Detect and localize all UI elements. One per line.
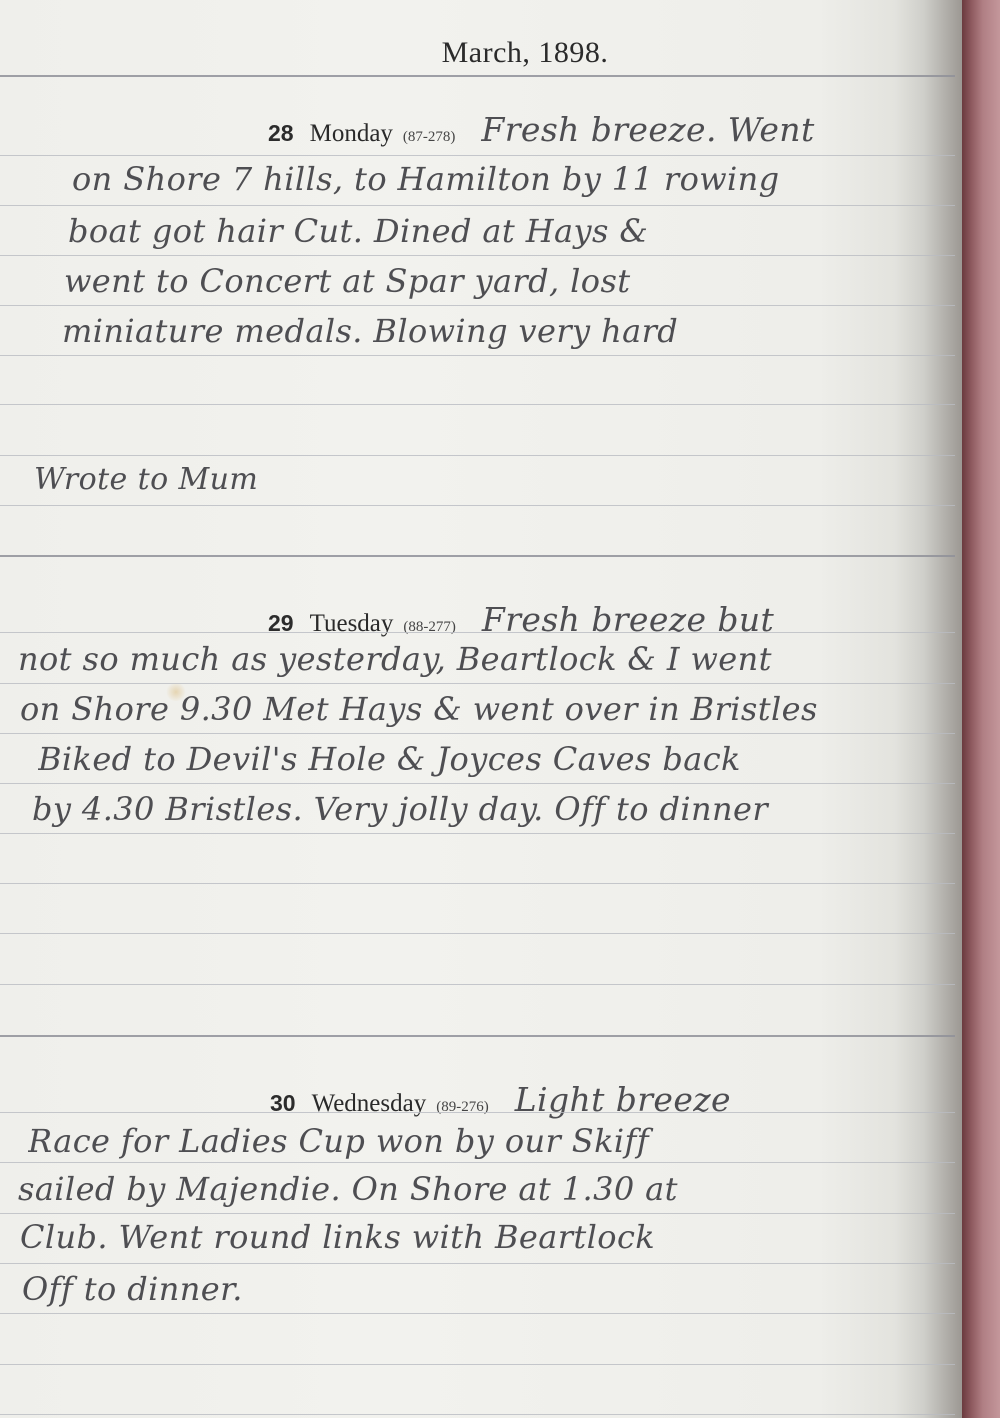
handwritten-line: on Shore 7 hills, to Hamilton by 11 rowi… xyxy=(72,160,992,198)
ruled-line xyxy=(0,632,955,633)
ruled-line xyxy=(0,155,955,156)
handwritten-line: Race for Ladies Cup won by our Skiff xyxy=(28,1122,948,1160)
ruled-line xyxy=(0,355,955,356)
diary-page: March, 1898. 28 Monday (87-278) Fresh br… xyxy=(0,0,962,1418)
ruled-line xyxy=(0,883,955,884)
ruled-line xyxy=(0,505,955,506)
ruled-line xyxy=(0,1263,955,1264)
weekday-label: Monday xyxy=(310,120,393,148)
ruled-line xyxy=(0,305,955,306)
day-of-year-label: (89-276) xyxy=(436,1099,489,1116)
handwritten-line: Fresh breeze but xyxy=(482,600,774,639)
weekday-label: Tuesday xyxy=(310,610,394,638)
handwritten-line: Light breeze xyxy=(515,1080,731,1119)
entry-divider xyxy=(0,555,955,557)
ruled-line xyxy=(0,1414,955,1415)
handwritten-line: Biked to Devil's Hole & Joyces Caves bac… xyxy=(38,740,958,778)
day-heading-tuesday: 29 Tuesday (88-277) Fresh breeze but xyxy=(268,600,774,639)
handwritten-note: Wrote to Mum xyxy=(34,462,954,497)
handwritten-line: Off to dinner. xyxy=(22,1270,942,1308)
ruled-line xyxy=(0,404,955,405)
weekday-label: Wednesday xyxy=(312,1090,427,1118)
day-number: 28 xyxy=(268,120,294,147)
ruled-line xyxy=(0,1162,955,1163)
ruled-line xyxy=(0,1213,955,1214)
handwritten-line: Club. Went round links with Beartlock xyxy=(20,1218,940,1256)
handwritten-line: miniature medals. Blowing very hard xyxy=(62,312,982,350)
handwritten-line: not so much as yesterday, Beartlock & I … xyxy=(18,640,938,678)
day-of-year-label: (88-277) xyxy=(403,619,456,636)
ruled-line xyxy=(0,1112,955,1113)
ruled-line xyxy=(0,205,955,206)
book-binding-edge xyxy=(962,0,1000,1418)
ruled-line xyxy=(0,933,955,934)
ruled-line xyxy=(0,984,955,985)
day-heading-monday: 28 Monday (87-278) Fresh breeze. Went xyxy=(268,110,815,149)
day-heading-wednesday: 30 Wednesday (89-276) Light breeze xyxy=(270,1080,731,1119)
handwritten-line: went to Concert at Spar yard, lost xyxy=(64,262,984,300)
handwritten-line: on Shore 9.30 Met Hays & went over in Br… xyxy=(20,690,940,728)
ruled-line xyxy=(0,455,955,456)
handwritten-line: sailed by Majendie. On Shore at 1.30 at xyxy=(18,1170,938,1208)
handwritten-line: boat got hair Cut. Dined at Hays & xyxy=(68,212,988,250)
ruled-line xyxy=(0,1313,955,1314)
day-of-year-label: (87-278) xyxy=(403,129,456,146)
ruled-line xyxy=(0,255,955,256)
handwritten-line: Fresh breeze. Went xyxy=(481,110,814,149)
ruled-line xyxy=(0,683,955,684)
ruled-line xyxy=(0,1364,955,1365)
handwritten-line: by 4.30 Bristles. Very jolly day. Off to… xyxy=(32,790,952,828)
month-title: March, 1898. xyxy=(0,36,1000,70)
ruled-line xyxy=(0,783,955,784)
ruled-line xyxy=(0,733,955,734)
header-rule xyxy=(0,75,955,77)
ruled-line xyxy=(0,833,955,834)
entry-divider xyxy=(0,1035,955,1037)
